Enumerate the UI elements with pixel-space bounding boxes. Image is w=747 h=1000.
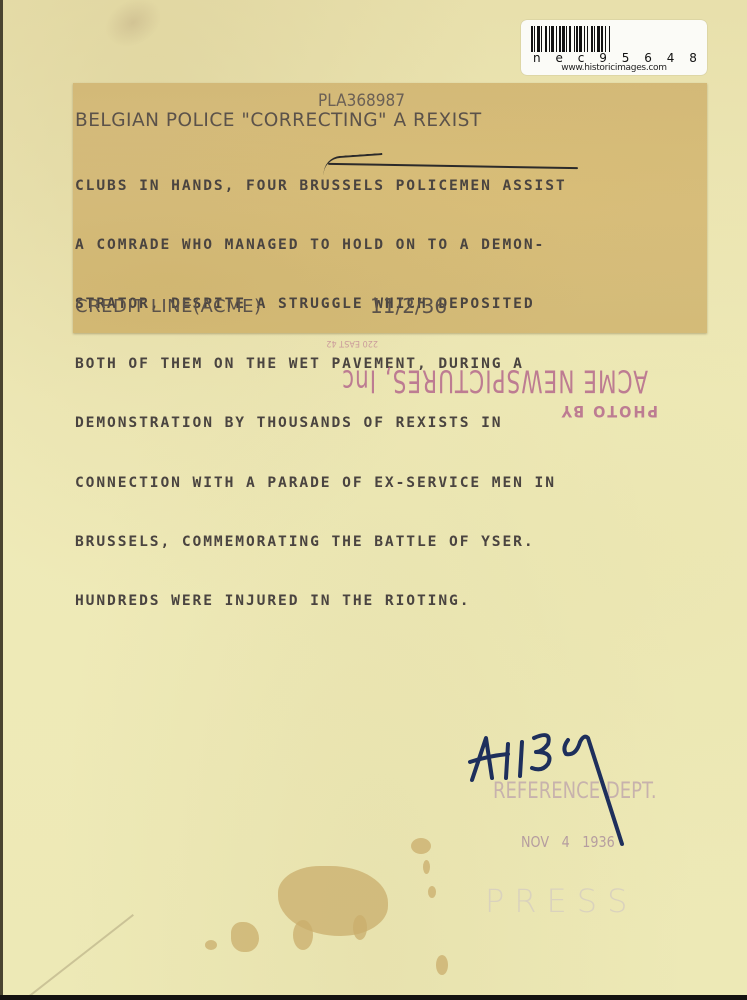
slip-credit: CREDIT LINE(ACME): [75, 296, 262, 317]
stamp-line-1: PHOTO BY: [560, 402, 658, 421]
water-stain: [293, 920, 313, 950]
water-stain: [231, 922, 259, 952]
handwritten-note-a1139: A1139: [468, 728, 628, 848]
water-stain: [423, 860, 430, 874]
stamp-line-2: ACME NEWSPICTURES, Inc: [341, 363, 648, 399]
water-stain: [428, 886, 436, 898]
slip-title: BELGIAN POLICE "CORRECTING" A REXIST: [75, 110, 482, 131]
caption-slip: PLA368987 BELGIAN POLICE "CORRECTING" A …: [73, 83, 707, 333]
water-stain: [205, 940, 217, 950]
water-stain: [436, 955, 448, 975]
acme-photo-stamp: PHOTO BY ACME NEWSPICTURES, Inc 220 EAST…: [288, 328, 658, 423]
water-stain: [353, 915, 367, 940]
faint-ink-smudge: [96, 0, 170, 57]
body-line: BRUSSELS, COMMEMORATING THE BATTLE OF YS…: [75, 532, 567, 552]
body-line: A COMRADE WHO MANAGED TO HOLD ON TO A DE…: [75, 235, 567, 255]
press-stamp: PRESS: [485, 882, 637, 920]
stamp-line-3: 220 EAST 42: [326, 338, 378, 348]
body-line: CONNECTION WITH A PARADE OF EX-SERVICE M…: [75, 473, 567, 493]
barcode-label: n e c 9 5 6 4 8 www.historicimages.com: [521, 20, 707, 75]
barcode-icon: [531, 26, 697, 52]
photo-back-paper: n e c 9 5 6 4 8 www.historicimages.com P…: [0, 0, 747, 996]
slip-id: PLA368987: [318, 91, 405, 111]
body-line: CLUBS IN HANDS, FOUR BRUSSELS POLICEMEN …: [75, 176, 567, 196]
water-stain: [411, 838, 431, 854]
barcode-url: www.historicimages.com: [521, 63, 707, 73]
scan-bottom-edge: [0, 995, 747, 1000]
paper-crease: [22, 914, 134, 1000]
body-line: HUNDREDS WERE INJURED IN THE RIOTING.: [75, 591, 567, 611]
slip-date: 11/2/36: [370, 294, 447, 318]
